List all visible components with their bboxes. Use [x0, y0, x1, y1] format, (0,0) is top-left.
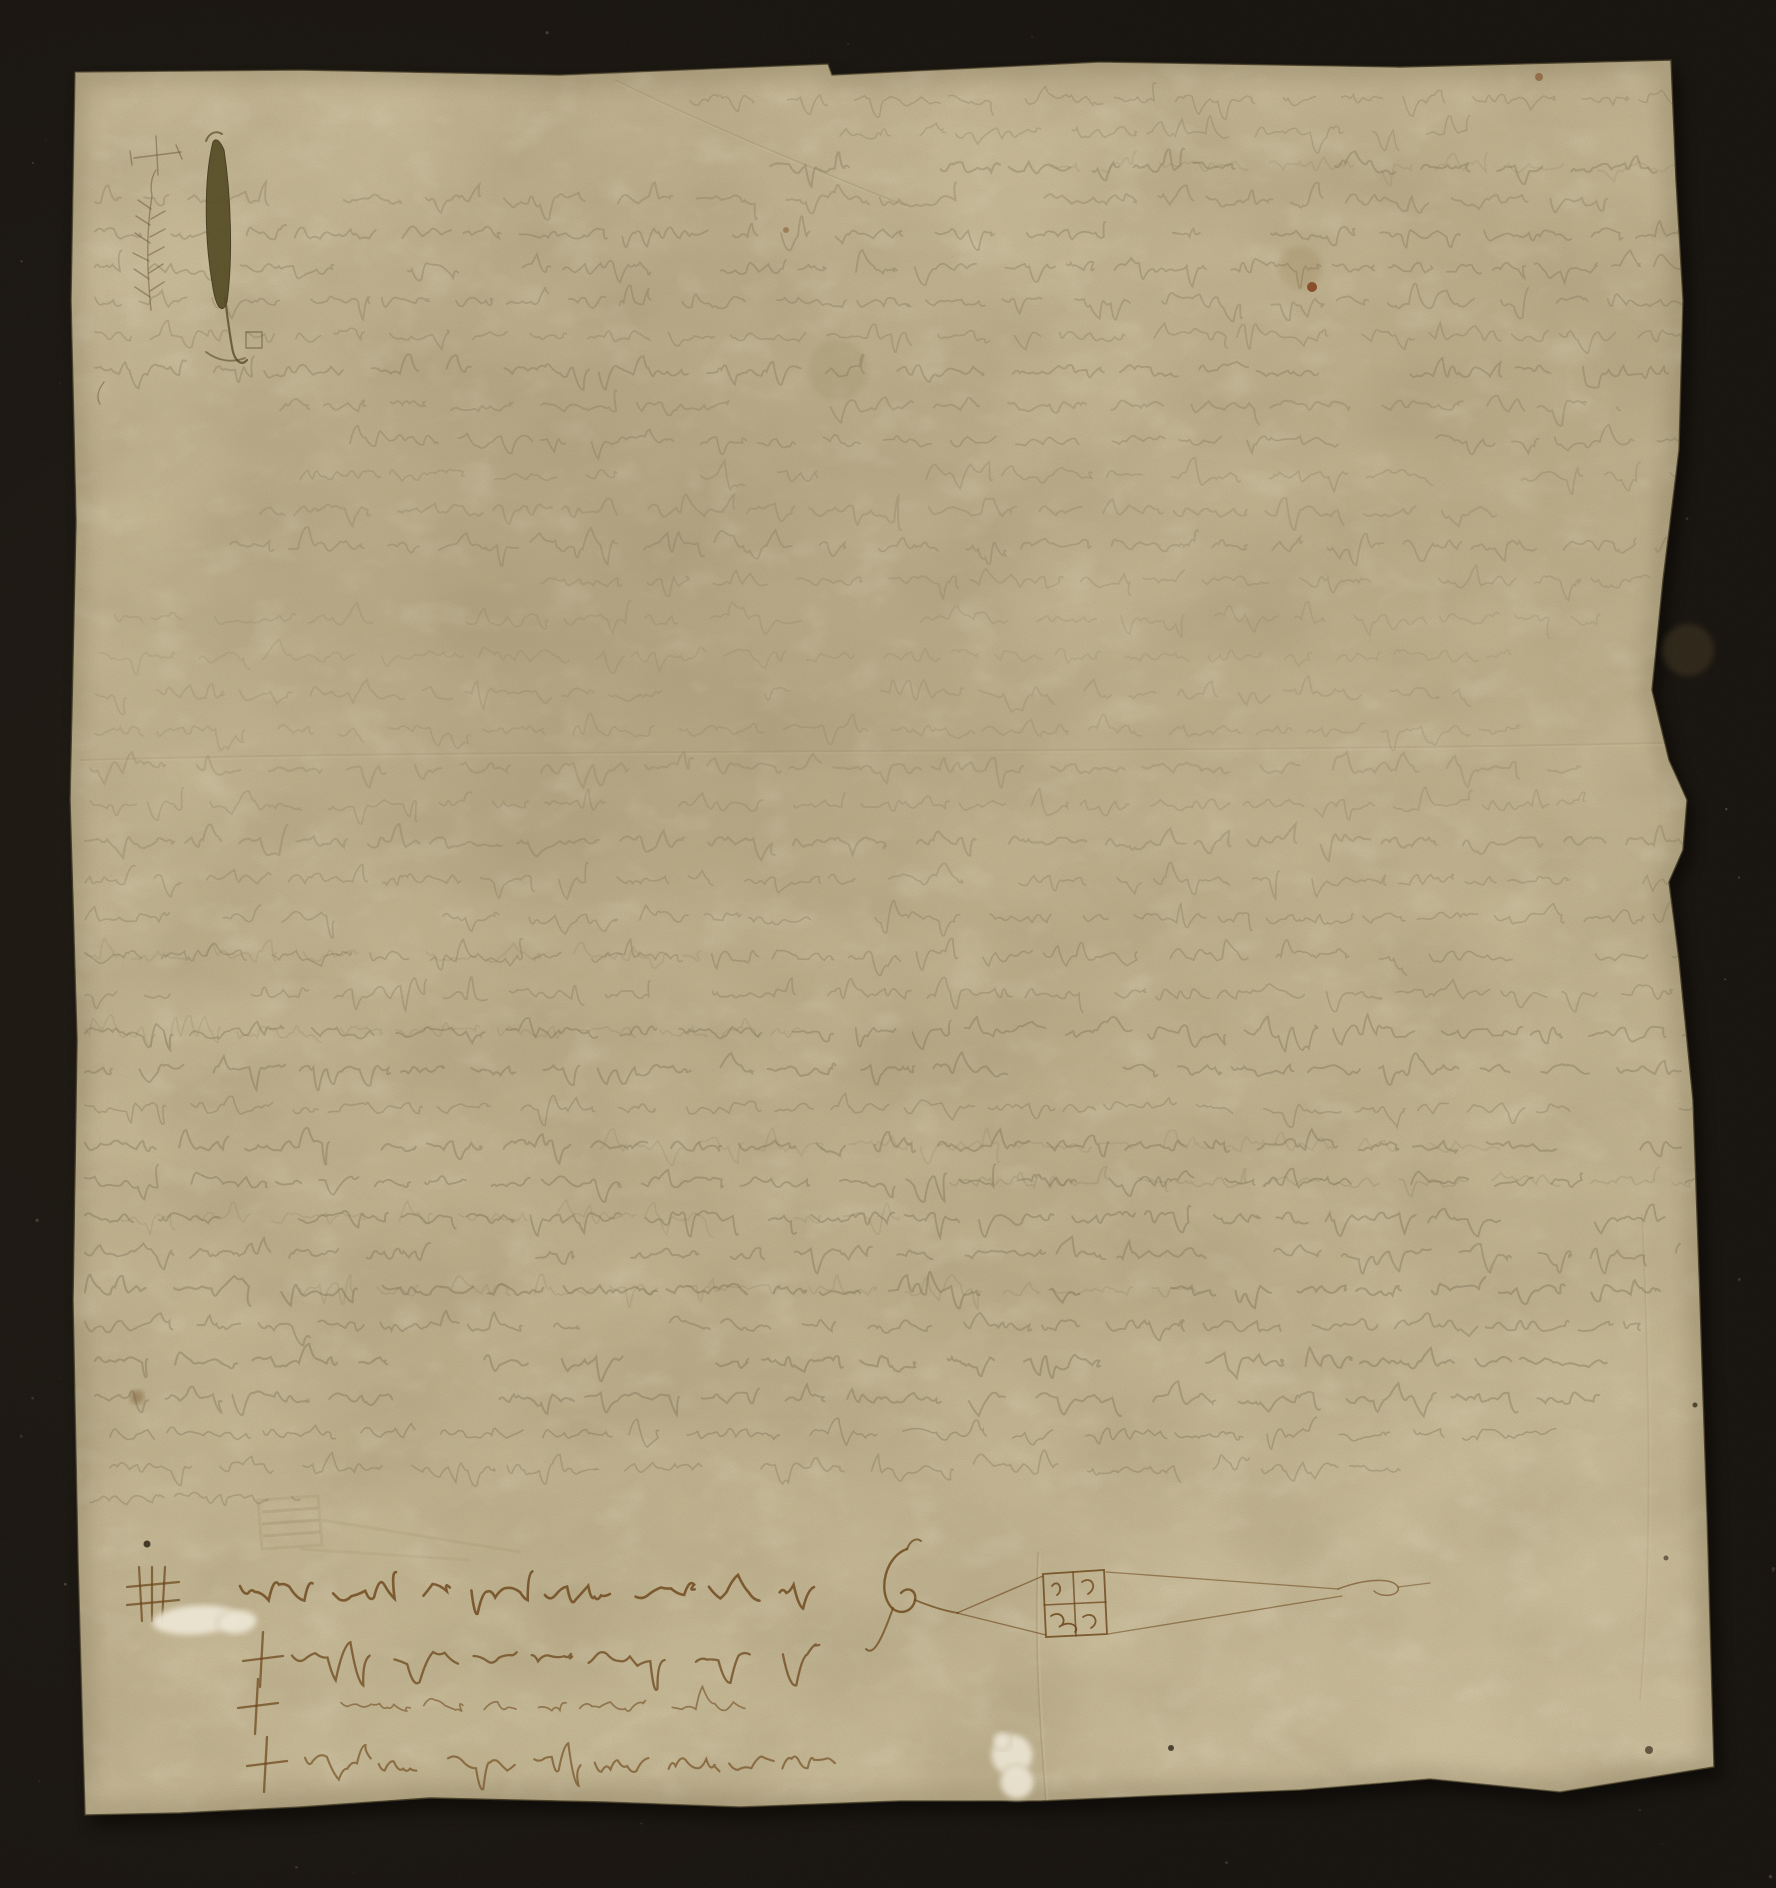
- stain-spot: [1645, 1746, 1653, 1754]
- photo-stage: Photograph of a medieval notarial parchm…: [0, 0, 1776, 1888]
- stain-spot: [783, 227, 789, 233]
- parchment-charter-photo: Photograph of a medieval notarial parchm…: [0, 0, 1776, 1888]
- wax-spot: [993, 1732, 1011, 1750]
- stain-spot: [1662, 624, 1714, 676]
- stain-spot: [1168, 1745, 1174, 1751]
- stain-spot: [1278, 246, 1322, 290]
- wax-spot: [1000, 1765, 1034, 1799]
- stain-spot: [1664, 1556, 1669, 1561]
- stain-spot: [130, 1390, 144, 1404]
- stain-spot: [1535, 73, 1543, 81]
- stain-spot: [808, 340, 868, 400]
- stain-spot: [1693, 1403, 1698, 1408]
- stain-spot: [144, 1541, 151, 1548]
